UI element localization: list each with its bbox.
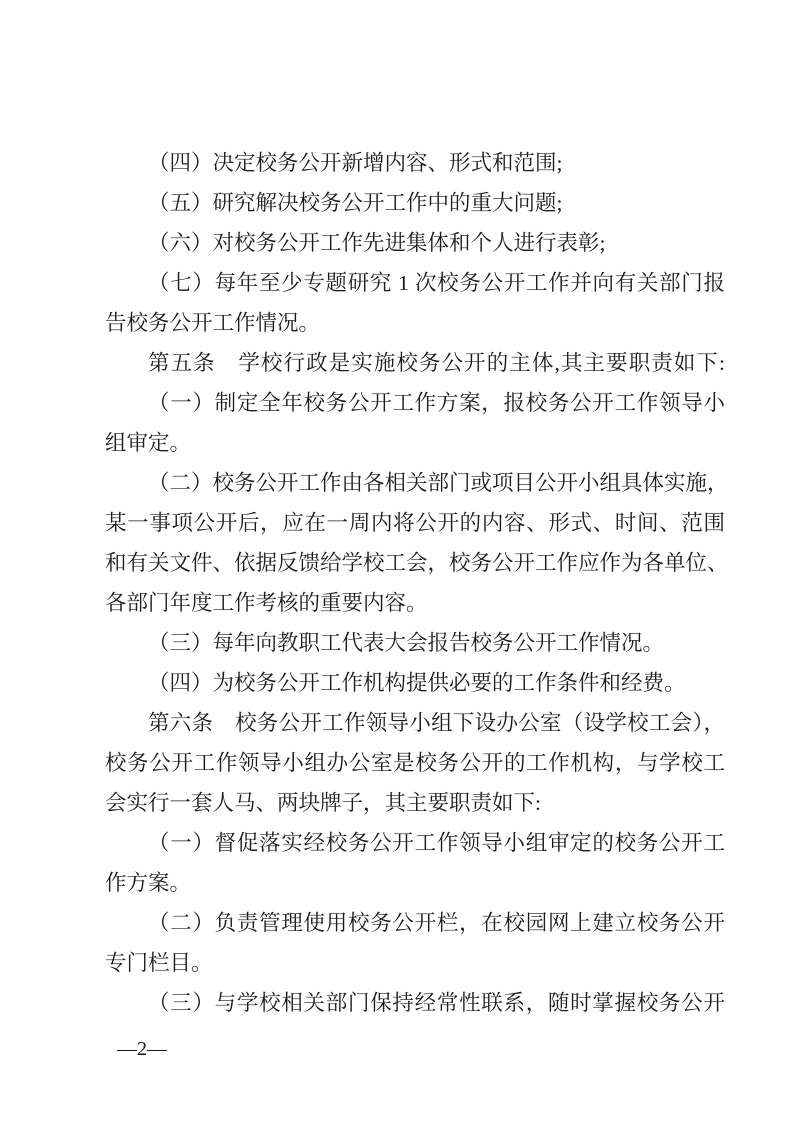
document-body: （四）决定校务公开新增内容、形式和范围; （五）研究解决校务公开工作中的重大问题… <box>105 143 725 1023</box>
text-line: （六）对校务公开工作先进集体和个人进行表彰; <box>105 223 725 263</box>
text-line: （四）决定校务公开新增内容、形式和范围; <box>105 143 725 183</box>
text-line: 各部门年度工作考核的重要内容。 <box>105 583 725 623</box>
text-line: （二）负责管理使用校务公开栏，在校园网上建立校务公开 <box>105 903 725 943</box>
text-line: 校务公开工作领导小组办公室是校务公开的工作机构，与学校工 <box>105 743 725 783</box>
text-line: 组审定。 <box>105 423 725 463</box>
text-line: 第六条 校务公开工作领导小组下设办公室（设学校工会）， <box>105 703 725 743</box>
text-line: （四）为校务公开工作机构提供必要的工作条件和经费。 <box>105 663 725 703</box>
text-line: 某一事项公开后，应在一周内将公开的内容、形式、时间、范围 <box>105 503 725 543</box>
text-line: （五）研究解决校务公开工作中的重大问题; <box>105 183 725 223</box>
page-number: —2— <box>117 1037 167 1061</box>
text-line: （二）校务公开工作由各相关部门或项目公开小组具体实施， <box>105 463 725 503</box>
text-line: 专门栏目。 <box>105 943 725 983</box>
text-line: （一）制定全年校务公开工作方案，报校务公开工作领导小 <box>105 383 725 423</box>
text-line: 作方案。 <box>105 863 725 903</box>
text-line: 第五条 学校行政是实施校务公开的主体,其主要职责如下: <box>105 343 725 383</box>
text-line: （七）每年至少专题研究 1 次校务公开工作并向有关部门报 <box>105 263 725 303</box>
text-line: 和有关文件、依据反馈给学校工会，校务公开工作应作为各单位、 <box>105 543 725 583</box>
document-page: （四）决定校务公开新增内容、形式和范围; （五）研究解决校务公开工作中的重大问题… <box>0 0 793 1122</box>
text-line: （三）每年向教职工代表大会报告校务公开工作情况。 <box>105 623 725 663</box>
text-line: 告校务公开工作情况。 <box>105 303 725 343</box>
text-line: 会实行一套人马、两块牌子，其主要职责如下: <box>105 783 725 823</box>
text-line: （一）督促落实经校务公开工作领导小组审定的校务公开工 <box>105 823 725 863</box>
text-line: （三）与学校相关部门保持经常性联系，随时掌握校务公开 <box>105 983 725 1023</box>
